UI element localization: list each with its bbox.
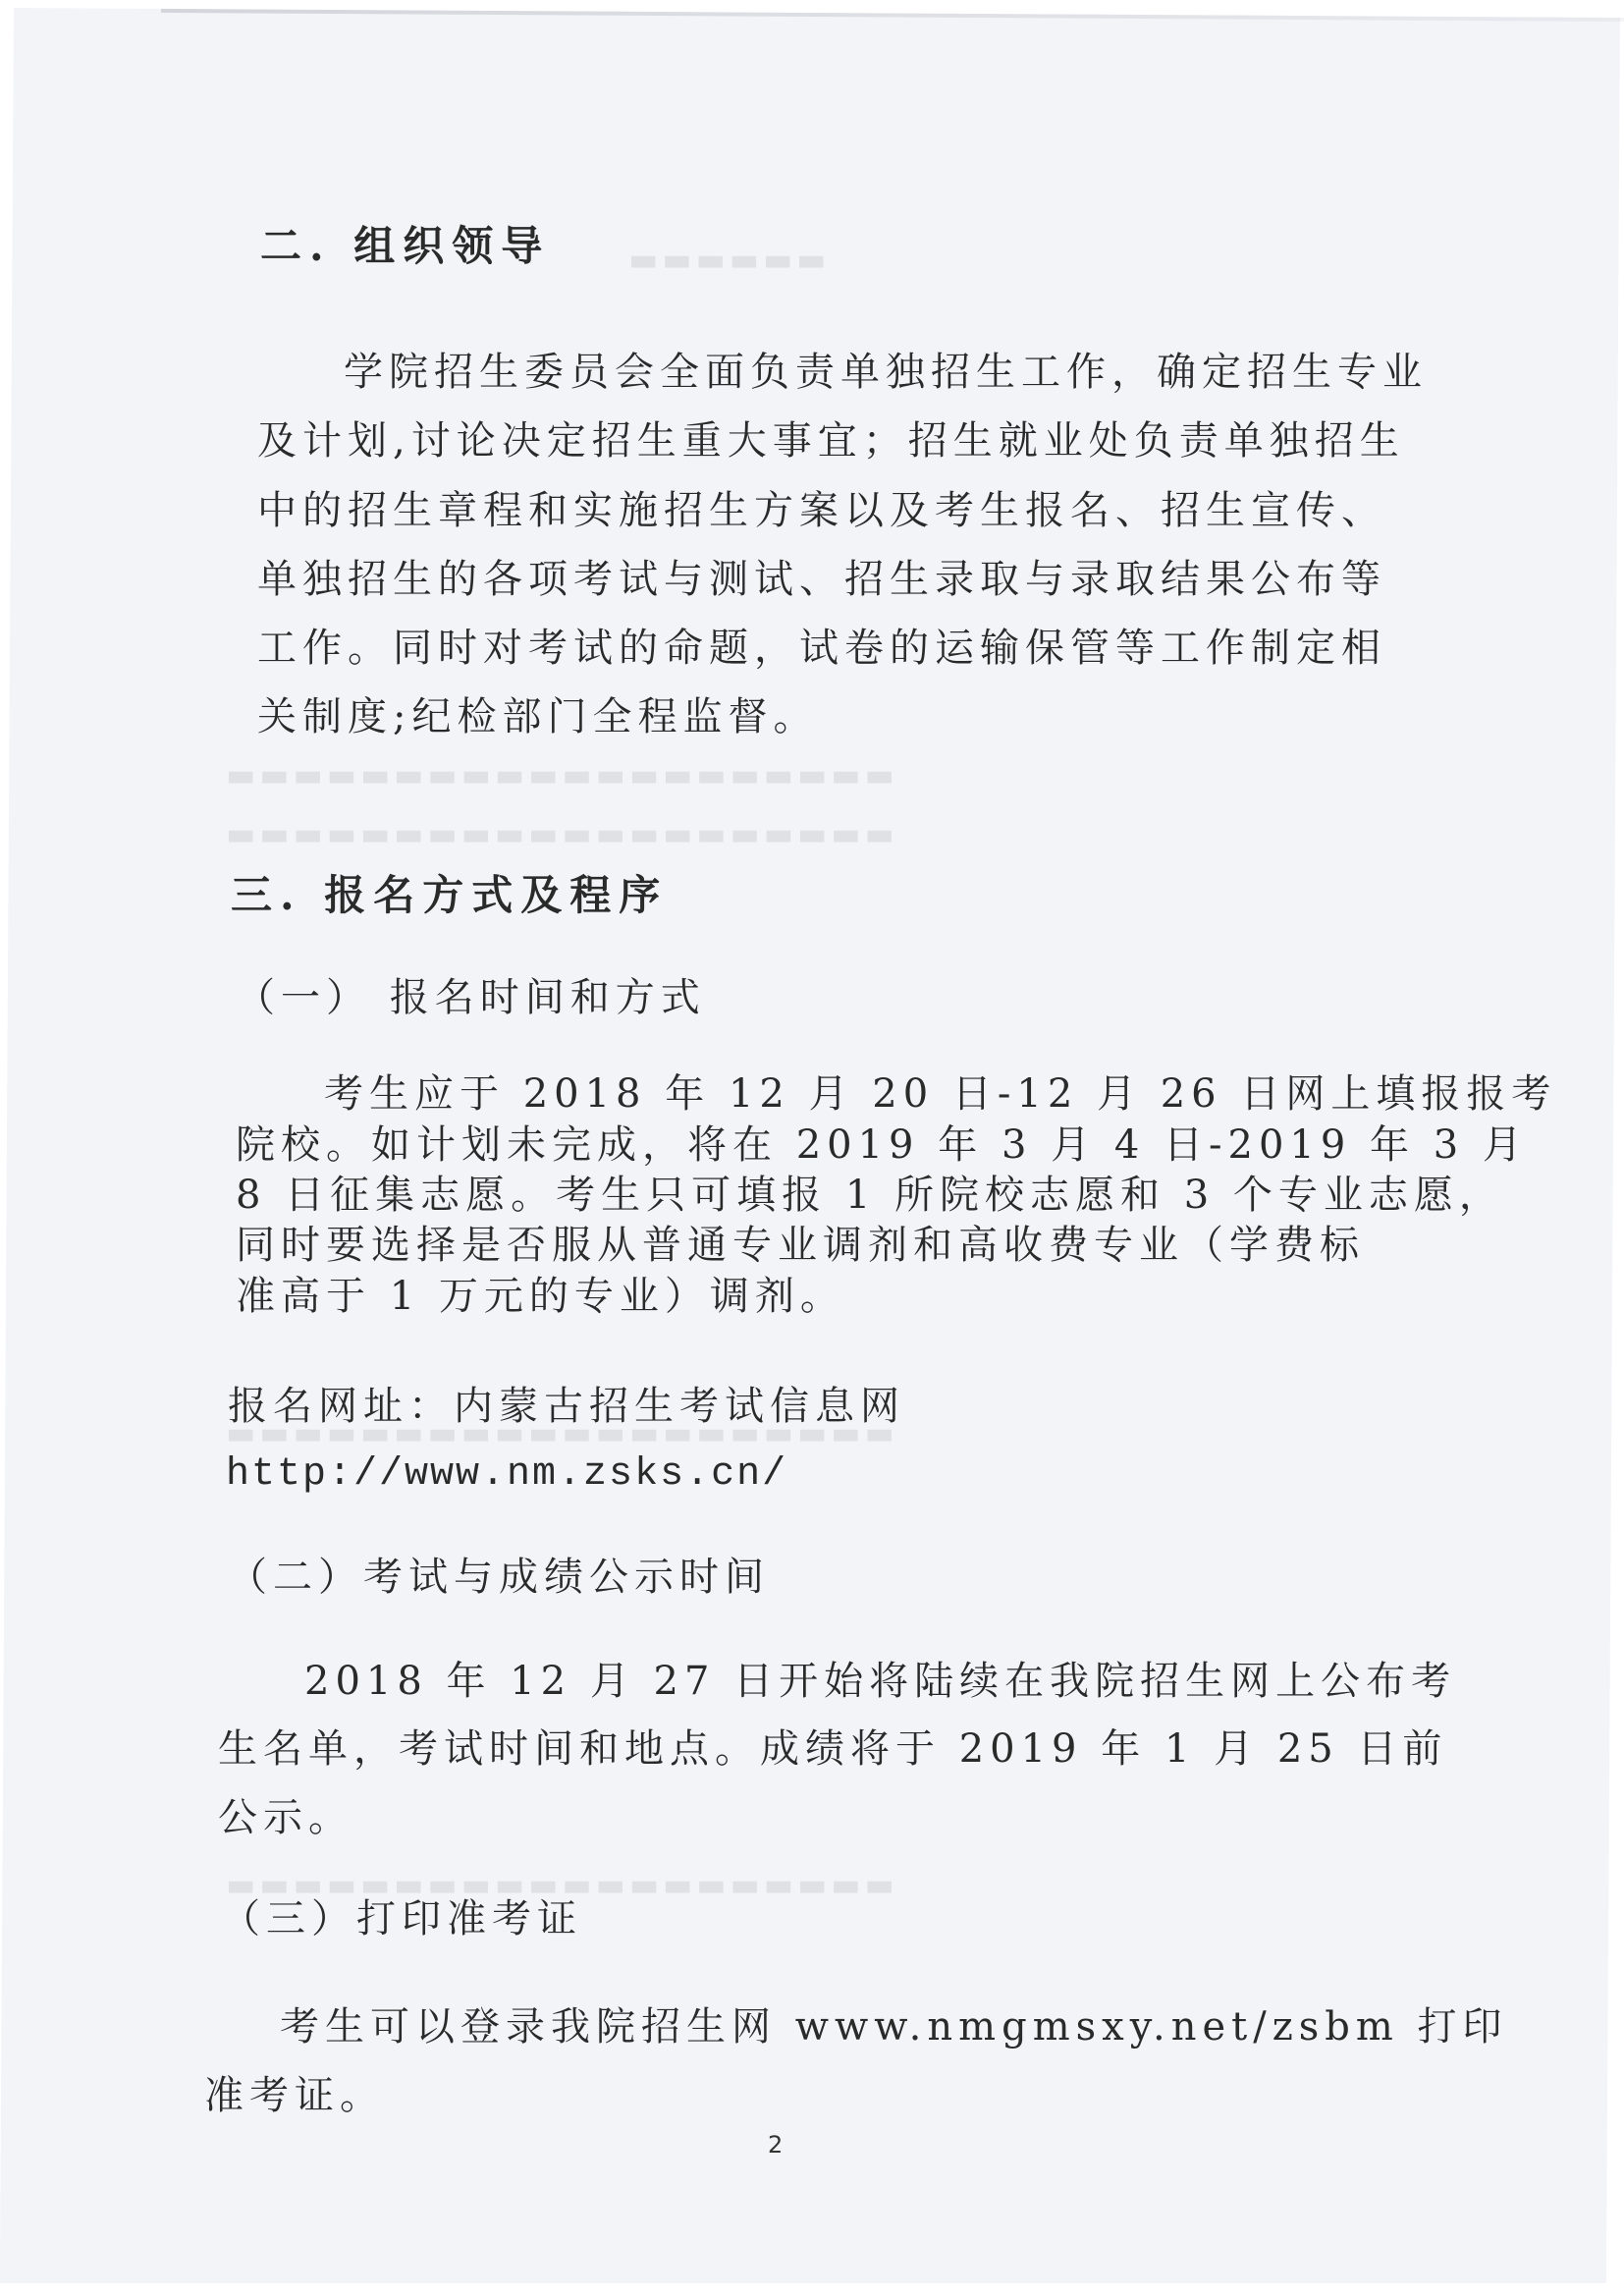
paragraph-line: 及计划,讨论决定招生重大事宜；招生就业处负责单独招生 — [257, 417, 1405, 465]
paragraph-line: 2018 年 12 月 27 日开始将陆续在我院招生网上公布考 — [304, 1658, 1456, 1705]
paragraph-line: 8 日征集志愿。考生只可填报 1 所院校志愿和 3 个专业志愿， — [236, 1172, 1504, 1219]
paragraph-line: 关制度;纪检部门全程监督。 — [257, 693, 818, 740]
paragraph-line: 考生应于 2018 年 12 月 20 日-12 月 26 日网上填报报考 — [324, 1070, 1556, 1118]
section-heading-registration: 三. 报名方式及程序 — [231, 872, 668, 919]
document-content: ▬▬▬▬▬▬ ▬▬▬▬▬▬▬▬▬▬▬▬▬▬▬▬▬▬▬▬ ▬▬▬▬▬▬▬▬▬▬▬▬… — [0, 0, 1624, 2296]
registration-site-url[interactable]: http://www.nm.zsks.cn/ — [226, 1451, 787, 1499]
subsection-heading-exam-results: （二）考试与成绩公示时间 — [228, 1554, 770, 1601]
paragraph-line: 准考证。 — [204, 2072, 385, 2119]
page-number: 2 — [768, 2131, 783, 2159]
paragraph-line: 单独招生的各项考试与测试、招生录取与录取结果公布等 — [257, 556, 1386, 603]
subsection-heading-admission-ticket: （三）打印准考证 — [221, 1895, 582, 1942]
bleed-through-text: ▬▬▬▬▬▬ — [628, 241, 830, 278]
registration-site-label: 报名网址：内蒙古招生考试信息网 — [228, 1383, 905, 1430]
paragraph-line-with-url: 考生可以登录我院招生网 www.nmgmsxy.net/zsbm 打印 — [280, 2003, 1508, 2050]
paragraph-line: 工作。同时对考试的命题，试卷的运输保管等工作制定相 — [257, 625, 1386, 672]
subsection-heading-time-method: （一） 报名时间和方式 — [236, 974, 706, 1021]
scan-bottom-edge — [0, 2283, 1624, 2296]
paragraph-line: 院校。如计划未完成，将在 2019 年 3 月 4 日-2019 年 3 月 — [236, 1121, 1528, 1169]
bleed-through-text: ▬▬▬▬▬▬▬▬▬▬▬▬▬▬▬▬▬▬▬▬ — [226, 756, 898, 793]
paragraph-line: 准高于 1 万元的专业）调剂。 — [236, 1273, 845, 1320]
section-heading-organization: 二. 组织领导 — [260, 223, 550, 270]
bleed-through-text: ▬▬▬▬▬▬▬▬▬▬▬▬▬▬▬▬▬▬▬▬ — [226, 815, 898, 852]
paragraph-line: 中的招生章程和实施招生方案以及考生报名、招生宣传、 — [257, 487, 1386, 534]
paragraph-line: 生名单，考试时间和地点。成绩将于 2019 年 1 月 25 日前 — [218, 1725, 1447, 1773]
paragraph-line: 同时要选择是否服从普通专业调剂和高收费专业（学费标 — [236, 1222, 1365, 1269]
paragraph-line: 公示。 — [218, 1794, 353, 1841]
paragraph-line: 学院招生委员会全面负责单独招生工作，确定招生专业 — [344, 349, 1428, 396]
